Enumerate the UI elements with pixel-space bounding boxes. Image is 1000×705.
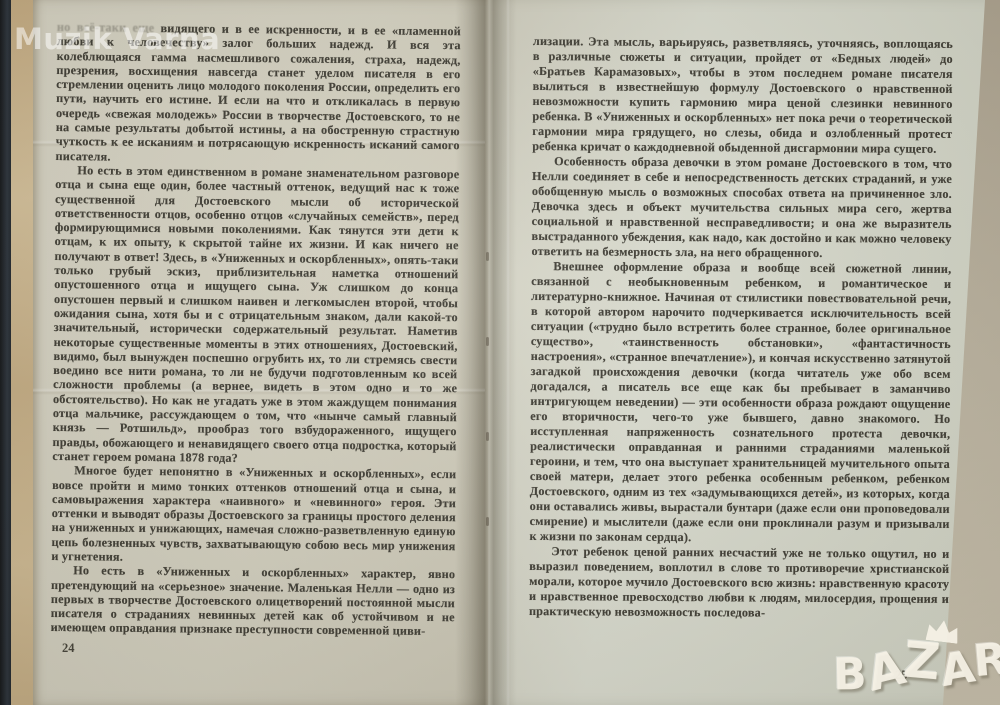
binding-stitch (486, 432, 489, 441)
paragraph: Особенность образа девочки в этом романе… (531, 154, 952, 262)
paragraph: Внешнее оформление образа и вообще всей … (529, 259, 951, 547)
bazar-letter: Z (901, 629, 942, 692)
paragraph: Этот ребенок ценой ранних несчастий уже … (529, 544, 950, 622)
left-page-text: но всё-таки еще видящего и в ее искренно… (51, 20, 461, 639)
paragraph: Многое будет непонятно в «Униженных и ос… (51, 463, 456, 567)
page-number-left: 24 (62, 641, 75, 656)
watermark-muzik-varna: Muzik Varna (14, 22, 220, 56)
open-book-photo: но всё-таки еще видящего и в ее искренно… (0, 0, 1000, 705)
left-page: но всё-таки еще видящего и в ее искренно… (33, 0, 488, 705)
paragraph: лизации. Эта мысль, варьируясь, разветвл… (532, 34, 953, 157)
paragraph: Но есть в «Униженных и оскорбленных» хар… (51, 563, 456, 639)
paragraph: Но есть в этом единственном в романе зна… (52, 163, 459, 467)
binding-stitch (486, 252, 489, 261)
right-page-text: лизации. Эта мысль, варьируясь, разветвл… (529, 34, 953, 622)
page-crease (506, 0, 510, 705)
binding-stitch (486, 337, 489, 346)
binding-stitch (486, 517, 489, 526)
right-page: лизации. Эта мысль, варьируясь, разветвл… (488, 0, 988, 705)
